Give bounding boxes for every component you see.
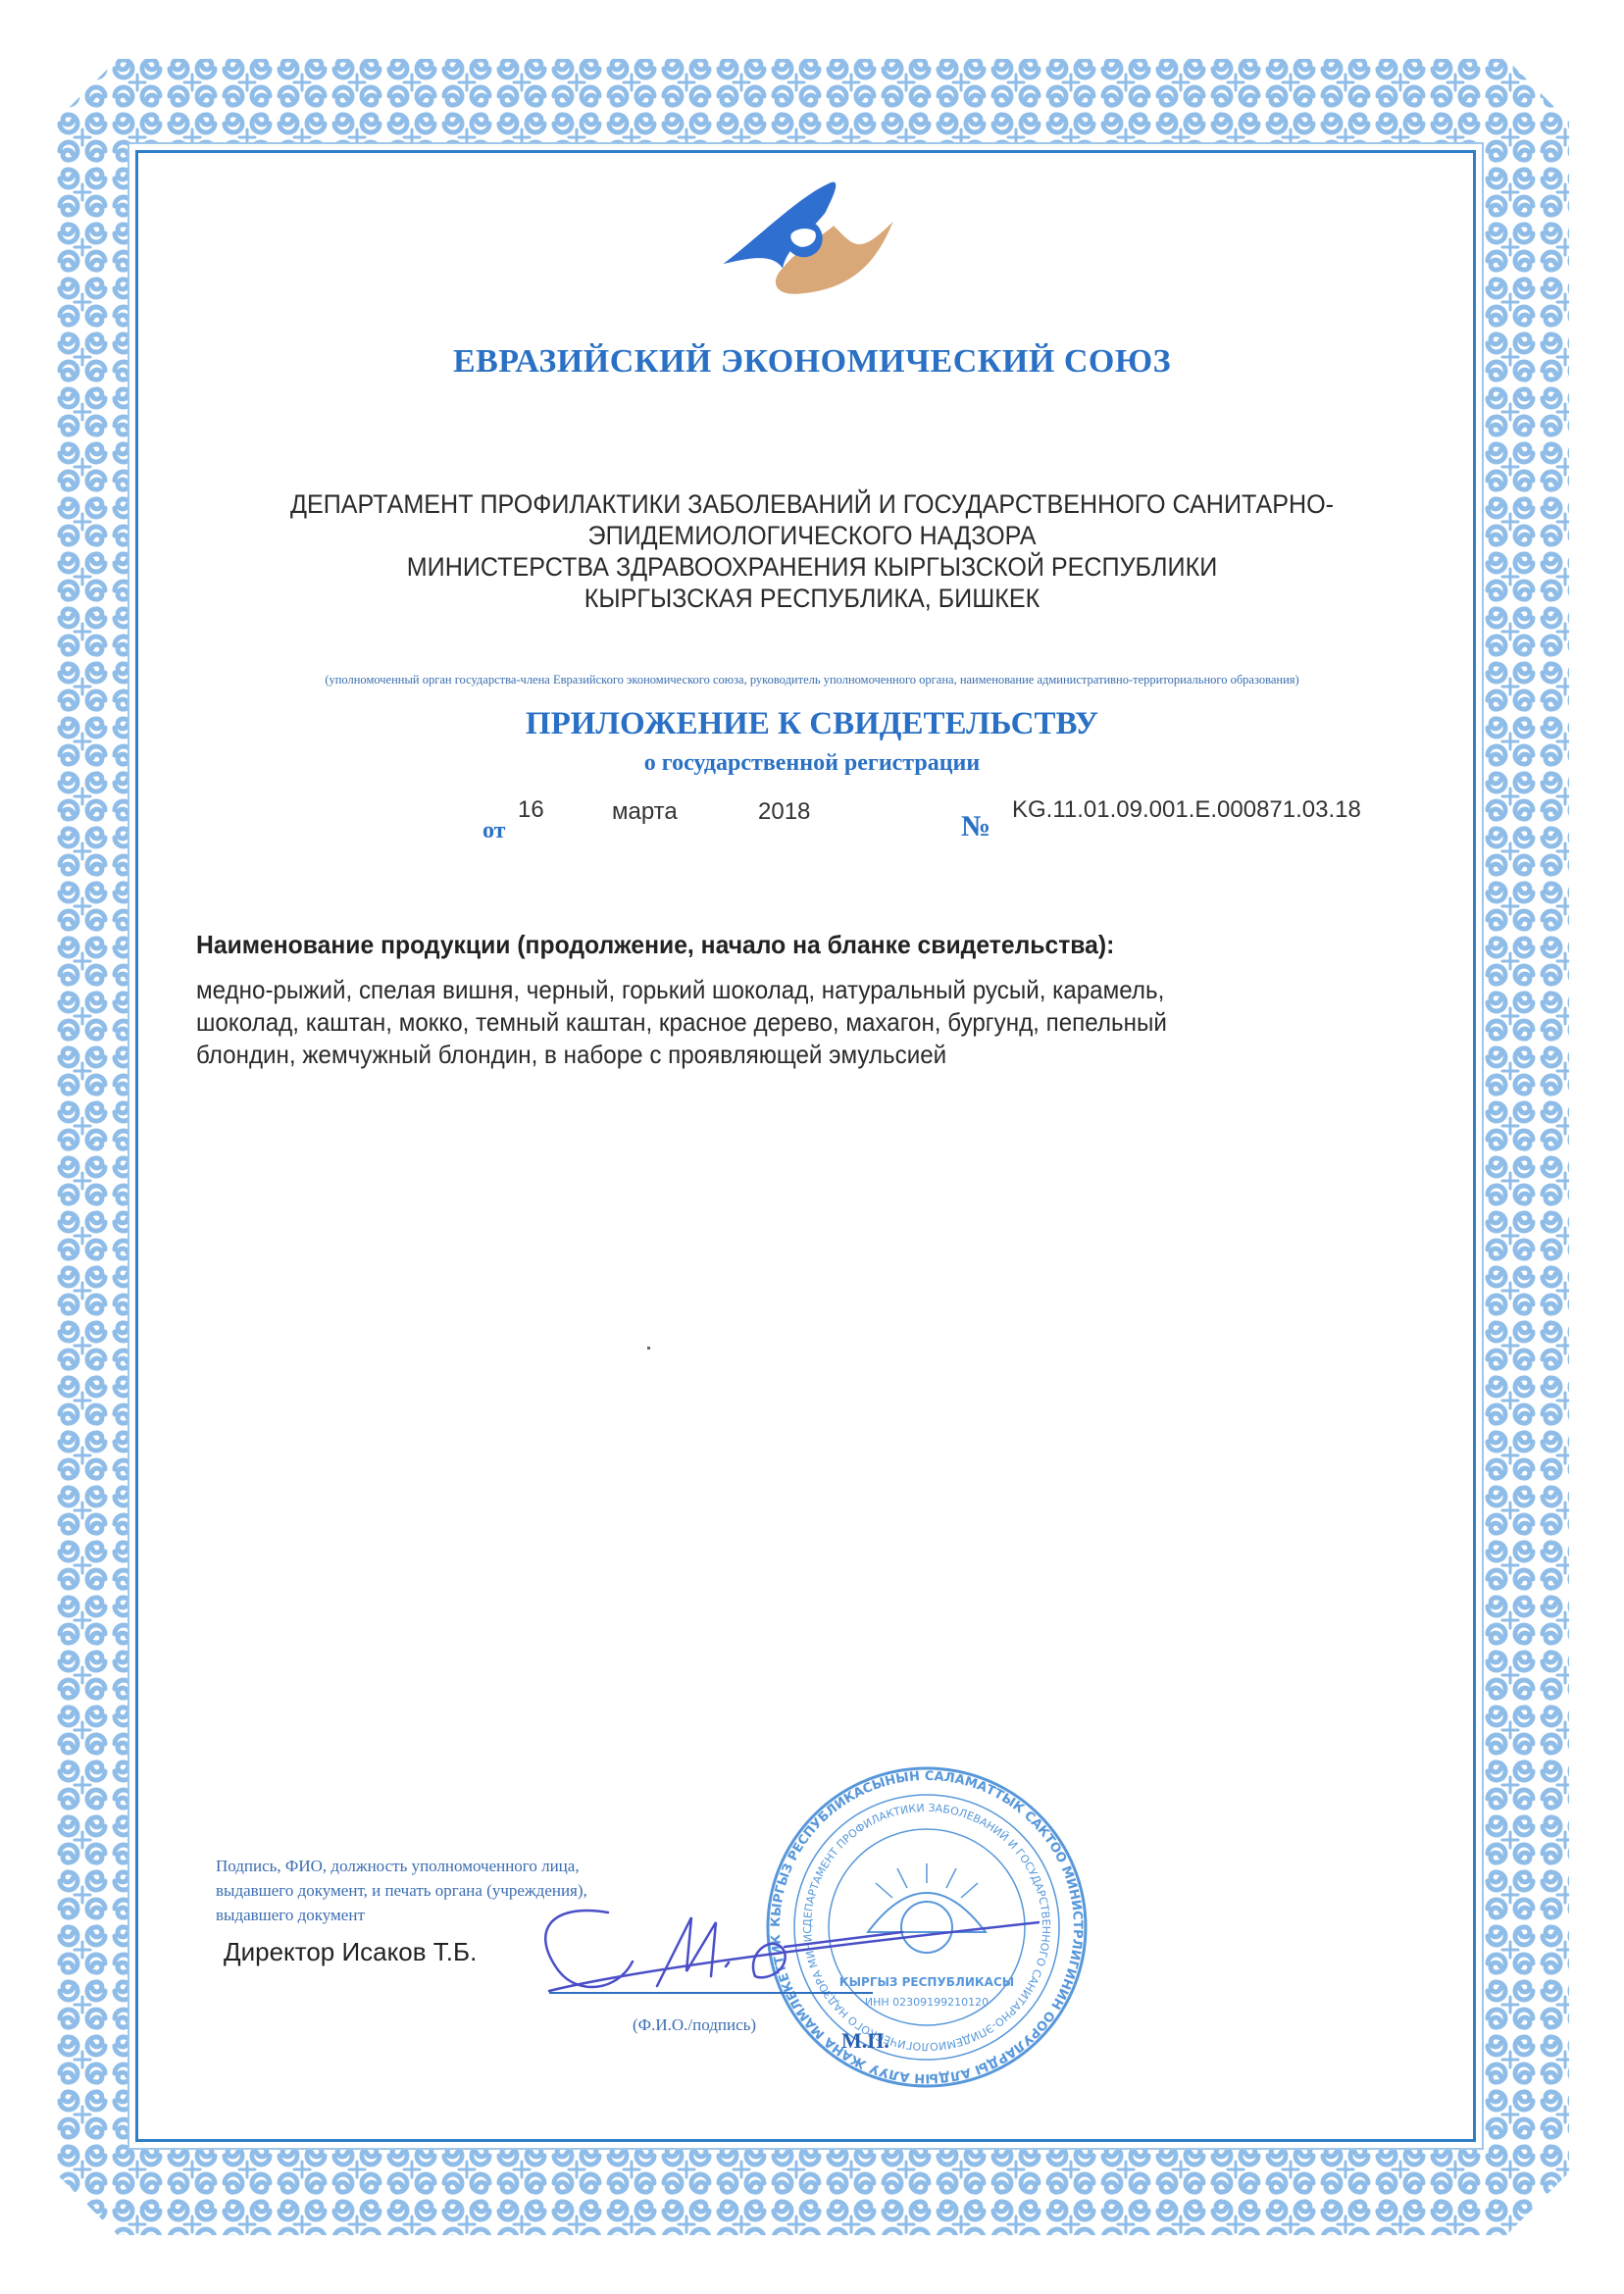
department-line: ЭПИДЕМИОЛОГИЧЕСКОГО НАДЗОРА <box>57 520 1567 551</box>
department-line: МИНИСТЕРСТВА ЗДРАВООХРАНЕНИЯ КЫРГЫЗСКОЙ … <box>57 551 1567 583</box>
date-from-label: от <box>482 818 505 844</box>
product-description: медно-рыжий, спелая вишня, черный, горьк… <box>196 974 1345 1071</box>
seal-label: М.П. <box>841 2028 889 2054</box>
date-month: марта <box>612 798 678 826</box>
product-line: медно-рыжий, спелая вишня, черный, горьк… <box>196 974 1345 1006</box>
authority-note: (уполномоченный орган государства-члена … <box>0 673 1624 688</box>
department-line: ДЕПАРТАМЕНТ ПРОФИЛАКТИКИ ЗАБОЛЕВАНИЙ И Г… <box>57 488 1567 520</box>
annex-title: ПРИЛОЖЕНИЕ К СВИДЕТЕЛЬСТВУ <box>0 706 1624 742</box>
registration-number: KG.11.01.09.001.Е.000871.03.18 <box>1012 796 1361 824</box>
department-block: ДЕПАРТАМЕНТ ПРОФИЛАКТИКИ ЗАБОЛЕВАНИЙ И Г… <box>57 488 1567 614</box>
scan-speck <box>647 1347 650 1350</box>
fio-caption: (Ф.И.О./подпись) <box>633 2015 756 2035</box>
signer-name: Директор Исаков Т.Б. <box>224 1937 477 1967</box>
date-day: 16 <box>518 796 544 824</box>
department-line: КЫРГЫЗСКАЯ РЕСПУБЛИКА, БИШКЕК <box>57 583 1567 614</box>
date-year: 2018 <box>758 798 810 826</box>
signature-caption-line: Подпись, ФИО, должность уполномоченного … <box>216 1854 587 1878</box>
product-line: блондин, жемчужный блондин, в наборе с п… <box>196 1039 1345 1071</box>
number-label: № <box>961 810 990 843</box>
eaeu-logo-icon <box>706 162 961 324</box>
date-number-line: от 16 марта 2018 № KG.11.01.09.001.Е.000… <box>0 792 1624 851</box>
annex-subtitle: о государственной регистрации <box>0 750 1624 777</box>
product-line: шоколад, каштан, мокко, темный каштан, к… <box>196 1006 1345 1039</box>
handwritten-signature-icon <box>490 1893 1040 2001</box>
union-title: ЕВРАЗИЙСКИЙ ЭКОНОМИЧЕСКИЙ СОЮЗ <box>0 343 1624 381</box>
product-heading: Наименование продукции (продолжение, нач… <box>196 930 1114 960</box>
